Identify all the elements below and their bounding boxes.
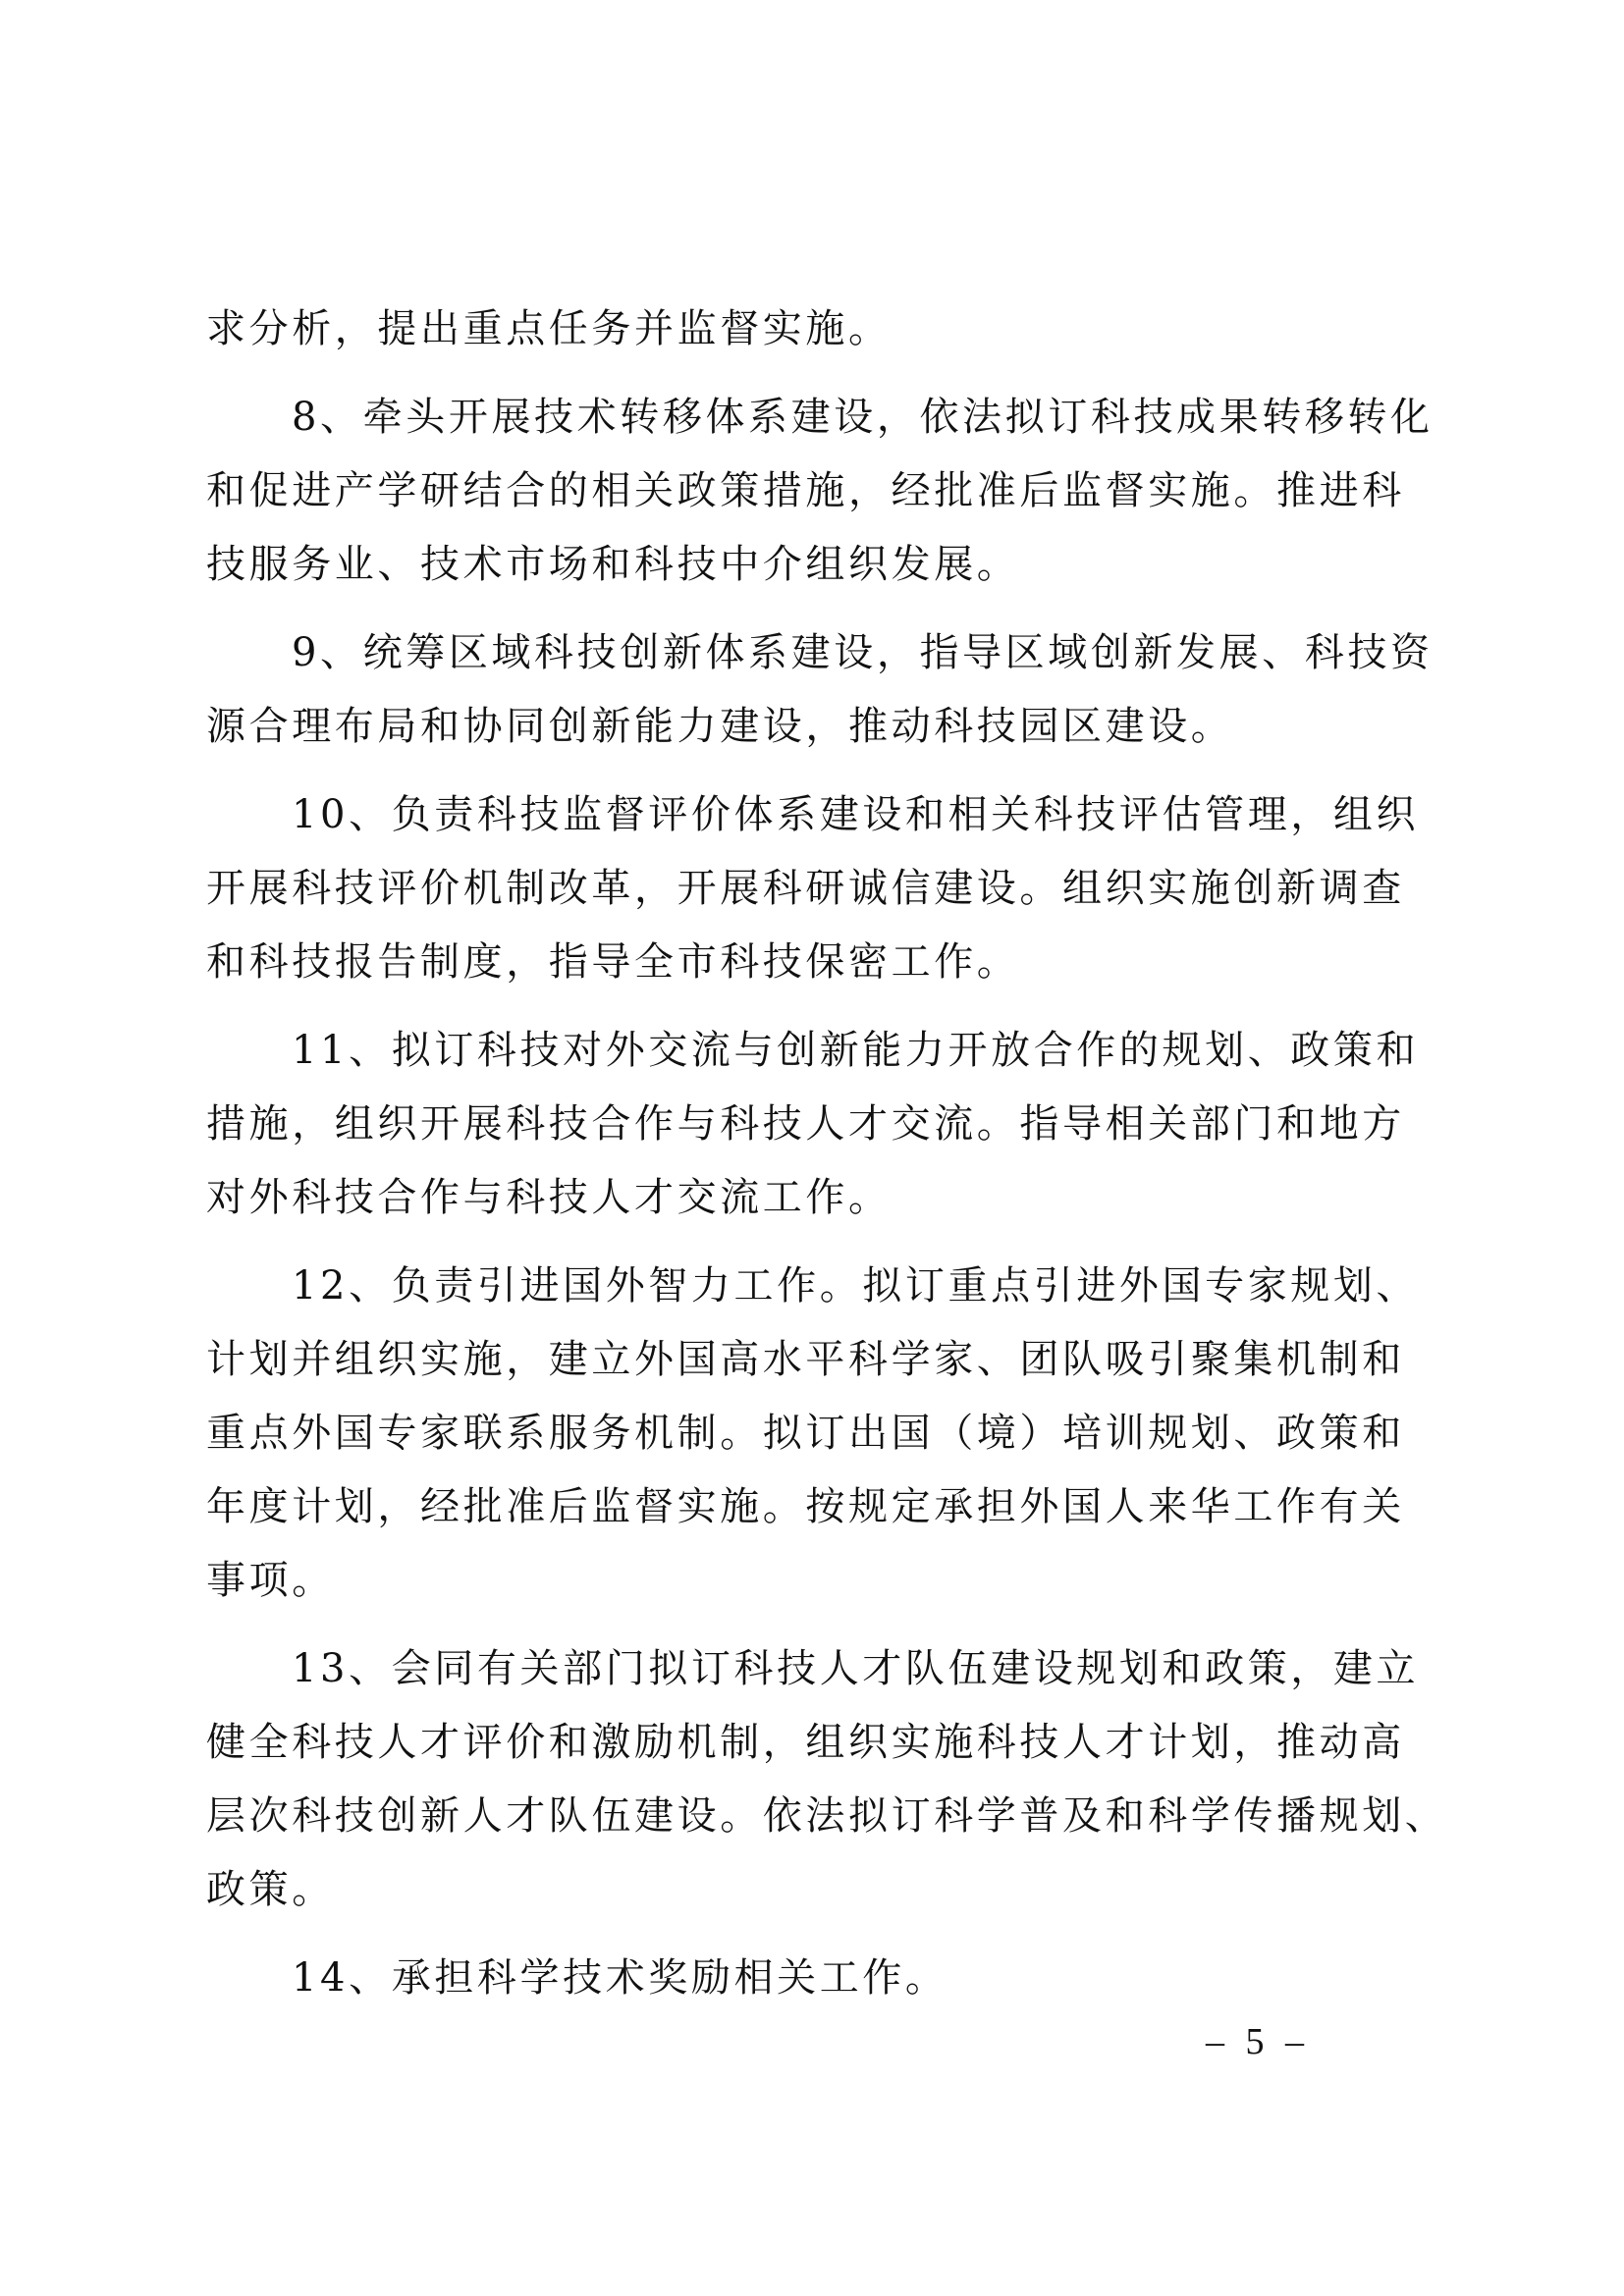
- paragraph-item-13: 13、会同有关部门拟订科技人才队伍建设规划和政策，建立 健全科技人才评价和激励机…: [206, 1632, 1434, 1927]
- text-line: 11、拟订科技对外交流与创新能力开放合作的规划、政策和: [206, 1014, 1434, 1088]
- paragraph-continuation: 求分析，提出重点任务并监督实施。: [206, 293, 1434, 366]
- text-line: 政策。: [206, 1853, 1434, 1927]
- text-line: 措施，组织开展科技合作与科技人才交流。指导相关部门和地方: [206, 1088, 1434, 1161]
- text-line: 对外科技合作与科技人才交流工作。: [206, 1161, 1434, 1235]
- text-line: 计划并组织实施，建立外国高水平科学家、团队吸引聚集机制和: [206, 1323, 1434, 1397]
- text-line: 事项。: [206, 1544, 1434, 1618]
- text-line: 14、承担科学技术奖励相关工作。: [206, 1942, 1434, 2015]
- paragraph-item-11: 11、拟订科技对外交流与创新能力开放合作的规划、政策和 措施，组织开展科技合作与…: [206, 1014, 1434, 1235]
- text-line: 12、负责引进国外智力工作。拟订重点引进外国专家规划、: [206, 1250, 1434, 1323]
- text-line: 年度计划，经批准后监督实施。按规定承担外国人来华工作有关: [206, 1470, 1434, 1544]
- document-body: 求分析，提出重点任务并监督实施。 8、牵头开展技术转移体系建设，依法拟订科技成果…: [206, 293, 1434, 2015]
- text-line: 13、会同有关部门拟订科技人才队伍建设规划和政策，建立: [206, 1632, 1434, 1706]
- text-line: 和促进产学研结合的相关政策措施，经批准后监督实施。推进科: [206, 454, 1434, 528]
- text-line: 和科技报告制度，指导全市科技保密工作。: [206, 926, 1434, 999]
- page-number: – 5 –: [1206, 2020, 1310, 2063]
- paragraph-item-14: 14、承担科学技术奖励相关工作。: [206, 1942, 1434, 2015]
- document-page: 求分析，提出重点任务并监督实施。 8、牵头开展技术转移体系建设，依法拟订科技成果…: [0, 0, 1624, 2296]
- text-line: 求分析，提出重点任务并监督实施。: [206, 293, 1434, 366]
- text-line: 8、牵头开展技术转移体系建设，依法拟订科技成果转移转化: [206, 381, 1434, 454]
- text-line: 健全科技人才评价和激励机制，组织实施科技人才计划，推动高: [206, 1706, 1434, 1780]
- paragraph-item-12: 12、负责引进国外智力工作。拟订重点引进外国专家规划、 计划并组织实施，建立外国…: [206, 1250, 1434, 1618]
- text-line: 9、统筹区域科技创新体系建设，指导区域创新发展、科技资: [206, 616, 1434, 690]
- text-line: 开展科技评价机制改革，开展科研诚信建设。组织实施创新调查: [206, 852, 1434, 926]
- text-line: 层次科技创新人才队伍建设。依法拟订科学普及和科学传播规划、: [206, 1780, 1434, 1853]
- paragraph-item-10: 10、负责科技监督评价体系建设和相关科技评估管理，组织 开展科技评价机制改革，开…: [206, 778, 1434, 999]
- text-line: 源合理布局和协同创新能力建设，推动科技园区建设。: [206, 690, 1434, 764]
- paragraph-item-9: 9、统筹区域科技创新体系建设，指导区域创新发展、科技资 源合理布局和协同创新能力…: [206, 616, 1434, 764]
- text-line: 10、负责科技监督评价体系建设和相关科技评估管理，组织: [206, 778, 1434, 852]
- text-line: 重点外国专家联系服务机制。拟订出国（境）培训规划、政策和: [206, 1397, 1434, 1470]
- text-line: 技服务业、技术市场和科技中介组织发展。: [206, 528, 1434, 602]
- paragraph-item-8: 8、牵头开展技术转移体系建设，依法拟订科技成果转移转化 和促进产学研结合的相关政…: [206, 381, 1434, 602]
